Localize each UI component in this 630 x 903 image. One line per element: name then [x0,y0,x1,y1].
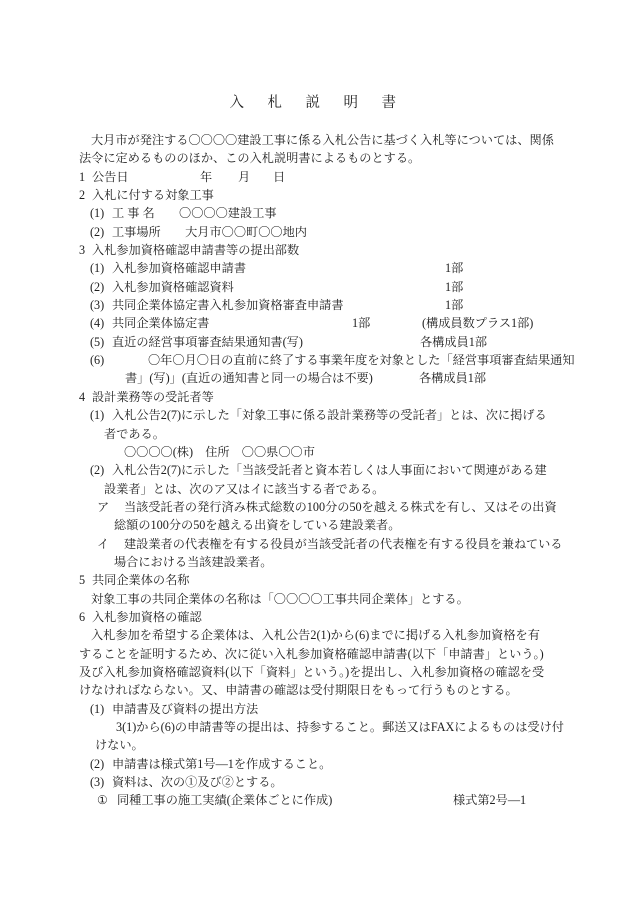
line-text: 場合における当該建設業者。 [114,555,272,569]
line-text: 入札に付する対象工事 [92,188,214,202]
document-line: 4設計業務等の受託者等 [0,388,630,406]
line-text: 公告日 [92,170,129,184]
document-line: 対象工事の共同企業体の名称は「〇〇〇〇工事共同企業体」とする。 [0,590,630,608]
line-text: けなければならない。又、申請書の確認は受付期限日をもって行うものとする。 [79,683,518,697]
line-text: 同種工事の施工実績(企業体ごとに作成) [117,793,332,807]
document-line: 6入札参加資格の確認 [0,608,630,626]
document-line: (1)入札公告2(7)に示した「対象工事に係る設計業務等の受託者」とは、次に掲げ… [0,406,630,424]
line-text: 対象工事の共同企業体の名称は「〇〇〇〇工事共同企業体」とする。 [91,592,469,606]
line-marker: 2 [79,186,92,204]
line-marker: 6 [79,608,92,626]
document-line: (1)入札参加資格確認申請書1部 [0,259,630,277]
line-marker: (2) [90,278,112,296]
line-marker: (1) [90,204,112,222]
line-text: 工事場所 大月市〇〇町〇〇地内 [112,225,307,239]
line-text: 建設業者の代表権を有する役員が当該受託者の代表権を有する役員を兼ねている [124,537,562,551]
document-line: (6)〇年〇月〇日の直前に終了する事業年度を対象とした「経営事項審査結果通知 [0,351,630,369]
document-line: ア当該受託者の発行済み株式総数の100分の50を越える株式を有し、又はその出資 [0,498,630,516]
page-title: 入 札 説 明 書 [0,91,630,112]
line-text: 総額の100分の50を越える出資をしている建設業者。 [114,518,400,532]
document-line: 書」(写)」(直近の通知書と同一の場合は不要)各構成員1部 [0,369,630,387]
document-line: 総額の100分の50を越える出資をしている建設業者。 [0,516,630,534]
line-marker: (1) [90,406,112,424]
line-marker: (1) [90,259,112,277]
line-text: 3(1)から(6)の申請書等の提出は、持参すること。郵送又はFAXによるものは受… [116,720,564,734]
document-line: することを証明するため、次に従い入札参加資格確認申請書(以下「申請書」という。) [0,645,630,663]
document-line: (2)入札公告2(7)に示した「当該受託者と資本若しくは人事面において関連がある… [0,461,630,479]
line-marker: 5 [79,571,92,589]
line-marker: 4 [79,388,92,406]
document-line: 設業者」とは、次のア又はイに該当する者である。 [0,480,630,498]
line-text: 共同企業体の名称 [92,573,190,587]
line-marker: 3 [79,241,92,259]
document-line: 〇〇〇〇(株) 住所 〇〇県〇〇市 [0,443,630,461]
line-text: 当該受託者の発行済み株式総数の100分の50を越える株式を有し、又はその出資 [124,500,557,514]
line-text: 設計業務等の受託者等 [92,390,214,404]
line-extra: 1部 [445,296,463,314]
document-line: 者である。 [0,425,630,443]
document-line: (5)直近の経営事項審査結果通知書(写)各構成員1部 [0,333,630,351]
line-text: 法令に定めるもののほか、この入札説明書によるものとする。 [79,151,420,165]
line-marker: イ [97,535,124,553]
document-line: (2)入札参加資格確認資料1部 [0,278,630,296]
line-extra: 日 [273,168,285,186]
line-text: 〇年〇月〇日の直前に終了する事業年度を対象とした「経営事項審査結果通知 [148,353,575,367]
document-line: 3(1)から(6)の申請書等の提出は、持参すること。郵送又はFAXによるものは受… [0,718,630,736]
line-marker: ア [97,498,124,516]
document-line: (4)共同企業体協定書1部(構成員数プラス1部) [0,314,630,332]
line-text: 工 事 名 〇〇〇〇建設工事 [112,206,277,220]
line-marker: 1 [79,168,92,186]
line-text: 大月市が発注する〇〇〇〇建設工事に係る入札公告に基づく入札等については、関係 [91,133,554,147]
line-text: 及び入札参加資格確認資料(以下「資料」という。)を提出し、入札参加資格の確認を受 [79,665,544,679]
document-line: (3)共同企業体協定書入札参加資格審査申請書1部 [0,296,630,314]
document-line: (2)申請書は様式第1号―1を作成すること。 [0,755,630,773]
document-line: けなければならない。又、申請書の確認は受付期限日をもって行うものとする。 [0,681,630,699]
document-line: ①同種工事の施工実績(企業体ごとに作成)様式第2号―1 [0,791,630,809]
line-marker: (5) [90,333,112,351]
line-text: 共同企業体協定書 [112,316,210,330]
line-text: 入札参加資格確認資料 [112,280,234,294]
document-line: (1)申請書及び資料の提出方法 [0,700,630,718]
document-line: けない。 [0,736,630,754]
document-line: イ建設業者の代表権を有する役員が当該受託者の代表権を有する役員を兼ねている [0,535,630,553]
line-text: 〇〇〇〇(株) 住所 〇〇県〇〇市 [124,445,315,459]
document-line: (3)資料は、次の①及び②とする。 [0,773,630,791]
line-text: 入札参加資格の確認 [92,610,202,624]
document-line: 入札参加を希望する企業体は、入札公告2(1)から(6)までに掲げる入札参加資格を… [0,626,630,644]
line-marker: (2) [90,223,112,241]
document-line: 大月市が発注する〇〇〇〇建設工事に係る入札公告に基づく入札等については、関係 [0,131,630,149]
line-text: 資料は、次の①及び②とする。 [112,775,283,789]
document-line: 場合における当該建設業者。 [0,553,630,571]
line-extra: 各構成員1部 [419,369,486,387]
line-text: けない。 [95,738,144,752]
line-text: 直近の経営事項審査結果通知書(写) [112,335,303,349]
line-text: 共同企業体協定書入札参加資格審査申請書 [112,298,344,312]
line-marker: ① [97,791,117,809]
line-text: 入札公告2(7)に示した「対象工事に係る設計業務等の受託者」とは、次に掲げる [112,408,547,422]
line-extra: 1部 [445,278,463,296]
line-extra: 様式第2号―1 [453,791,526,809]
line-marker: (4) [90,314,112,332]
line-extra: 各構成員1部 [420,333,487,351]
line-text: することを証明するため、次に従い入札参加資格確認申請書(以下「申請書」という。) [79,647,544,661]
document-line: 5共同企業体の名称 [0,571,630,589]
document-line: 3入札参加資格確認申請書等の提出部数 [0,241,630,259]
line-text: 設業者」とは、次のア又はイに該当する者である。 [104,482,384,496]
document-body: 大月市が発注する〇〇〇〇建設工事に係る入札公告に基づく入札等については、関係法令… [0,131,630,810]
line-text: 者である。 [104,427,165,441]
line-extra: 1部 [352,314,370,332]
document-line: (2)工事場所 大月市〇〇町〇〇地内 [0,223,630,241]
line-text: 申請書は様式第1号―1を作成すること。 [112,757,331,771]
line-extra: 年 [200,168,212,186]
line-marker: (6) [90,351,148,369]
line-text: 入札参加資格確認申請書 [112,261,246,275]
line-marker: (3) [90,296,112,314]
document-line: 2入札に付する対象工事 [0,186,630,204]
line-extra: 月 [238,168,250,186]
line-text: 入札参加資格確認申請書等の提出部数 [92,243,299,257]
line-text: 入札参加を希望する企業体は、入札公告2(1)から(6)までに掲げる入札参加資格を… [91,628,540,642]
line-extra: 1部 [445,259,463,277]
line-marker: (1) [90,700,112,718]
document-line: 法令に定めるもののほか、この入札説明書によるものとする。 [0,149,630,167]
line-marker: (3) [90,773,112,791]
document-line: 1公告日年月日 [0,168,630,186]
document-line: (1)工 事 名 〇〇〇〇建設工事 [0,204,630,222]
document-line: 及び入札参加資格確認資料(以下「資料」という。)を提出し、入札参加資格の確認を受 [0,663,630,681]
line-marker: (2) [90,755,112,773]
line-text: 書」(写)」(直近の通知書と同一の場合は不要) [125,371,373,385]
line-extra: (構成員数プラス1部) [422,314,533,332]
line-text: 申請書及び資料の提出方法 [112,702,258,716]
document-page: 入 札 説 明 書 大月市が発注する〇〇〇〇建設工事に係る入札公告に基づく入札等… [0,0,630,903]
line-text: 入札公告2(7)に示した「当該受託者と資本若しくは人事面において関連がある建 [112,463,547,477]
line-marker: (2) [90,461,112,479]
